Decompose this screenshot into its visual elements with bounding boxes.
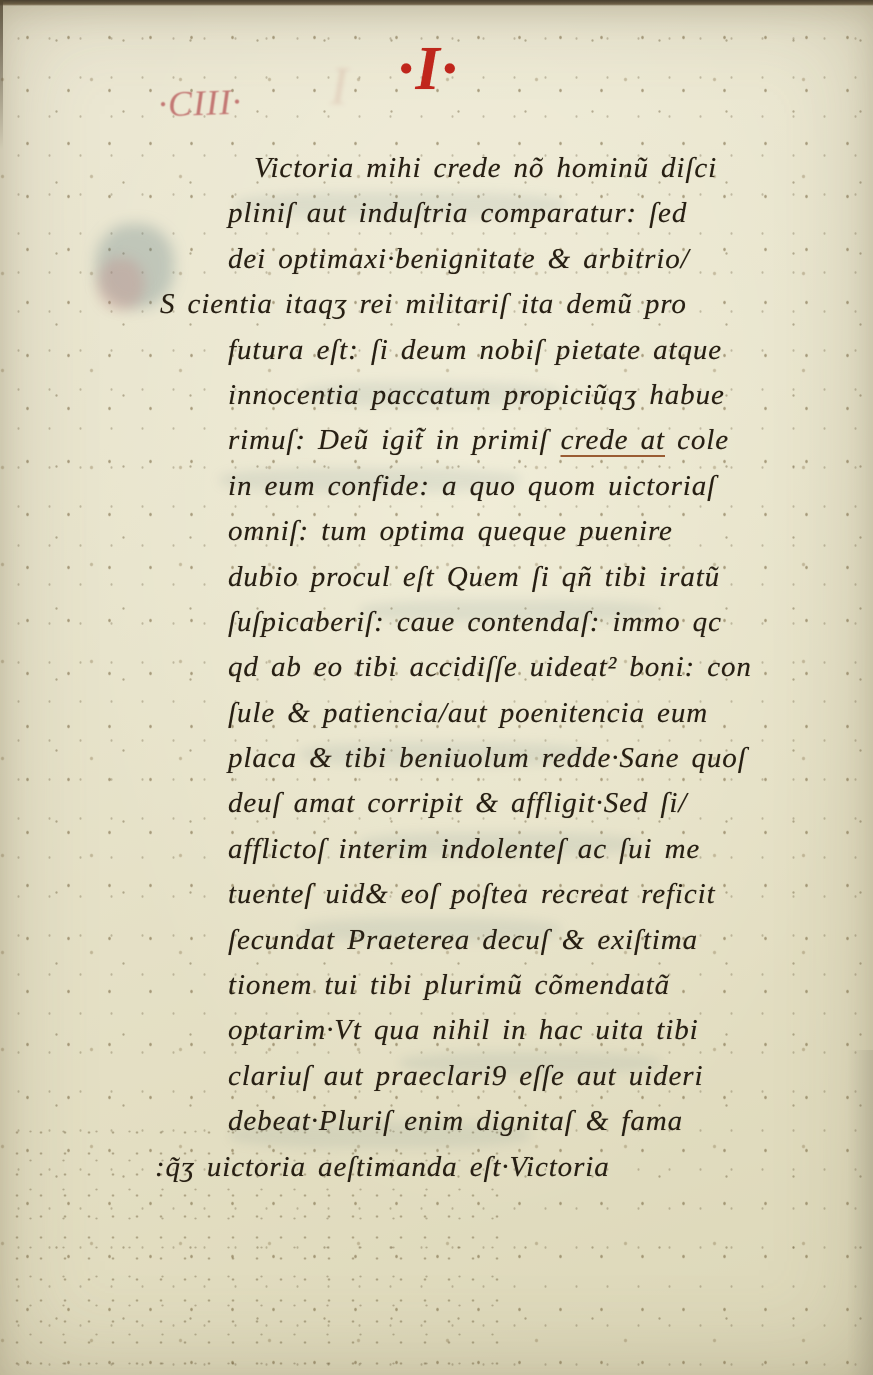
manuscript-line: optarim·Vt qua nihil in hac uita tibi [228, 1008, 848, 1053]
manuscript-line: Victoria mihi crede nõ hominũ diſci [254, 146, 848, 191]
manuscript-line: dei optimaxi·benignitate & arbitrio/ [228, 237, 848, 282]
manuscript-line: ſuſpicaberiſ: caue contendaſ: immo qc [228, 600, 848, 645]
manuscript-line: S cientia itaqʒ rei militariſ ita demũ p… [160, 282, 848, 327]
chapter-numeral-rubric: ·I· [398, 34, 459, 105]
ink-showthrough-smudge [98, 258, 144, 310]
manuscript-line: :q̃ʒ uictoria aeſtimanda eſt·Victoria [155, 1145, 848, 1190]
folio-number-rubric: ·CIII· [157, 81, 242, 126]
underlined-phrase: crede at [561, 424, 665, 456]
manuscript-line: tuenteſ uid& eoſ poſtea recreat reficit [228, 872, 848, 917]
manuscript-line: tionem tui tibi plurimũ cõmendatã [228, 963, 848, 1008]
manuscript-line: clariuſ aut praeclari9 eſſe aut uideri [228, 1054, 848, 1099]
manuscript-line: ſule & patiencia/aut poenitencia eum [228, 691, 848, 736]
manuscript-line: rimuſ: Deũ igit̃ in primiſ crede at cole [228, 418, 848, 463]
manuscript-page: ·CIII· I ·I· Victoria mihi crede nõ homi… [0, 0, 873, 1375]
manuscript-line: afflictoſ interim indolenteſ ac ſui me [228, 827, 848, 872]
manuscript-line: ſecundat Praeterea decuſ & exiſtima [228, 918, 848, 963]
manuscript-line: in eum confide: a quo quom uictoriaſ [228, 464, 848, 509]
manuscript-line: deuſ amat corripit & affligit·Sed ſi/ [228, 781, 848, 826]
line-text: rimuſ: Deũ igit̃ in primiſ [228, 424, 561, 456]
manuscript-line: omniſ: tum optima queque puenire [228, 509, 848, 554]
page-right-edge-shading [847, 1050, 873, 1375]
page-left-edge-shadow [0, 0, 3, 150]
manuscript-text-block: Victoria mihi crede nõ hominũ diſciplini… [228, 146, 848, 1190]
line-text: cole [665, 424, 729, 456]
manuscript-line: debeat·Pluriſ enim dignitaſ & fama [228, 1099, 848, 1144]
page-top-edge-shadow [0, 0, 873, 6]
chapter-numeral-ghost-offset: I [330, 55, 348, 117]
manuscript-line: innocentia paccatum propiciũqʒ habue [228, 373, 848, 418]
manuscript-line: pliniſ aut induſtria comparatur: ſed [228, 191, 848, 236]
manuscript-line: placa & tibi beniuolum redde·Sane quoſ [228, 736, 848, 781]
manuscript-line: qd ab eo tibi accidiſſe uideat² boni: co… [228, 645, 848, 690]
manuscript-line: dubio procul eſt Quem ſi qñ tibi iratũ [228, 555, 848, 600]
manuscript-line: futura eſt: ſi deum nobiſ pietate atque [228, 328, 848, 373]
